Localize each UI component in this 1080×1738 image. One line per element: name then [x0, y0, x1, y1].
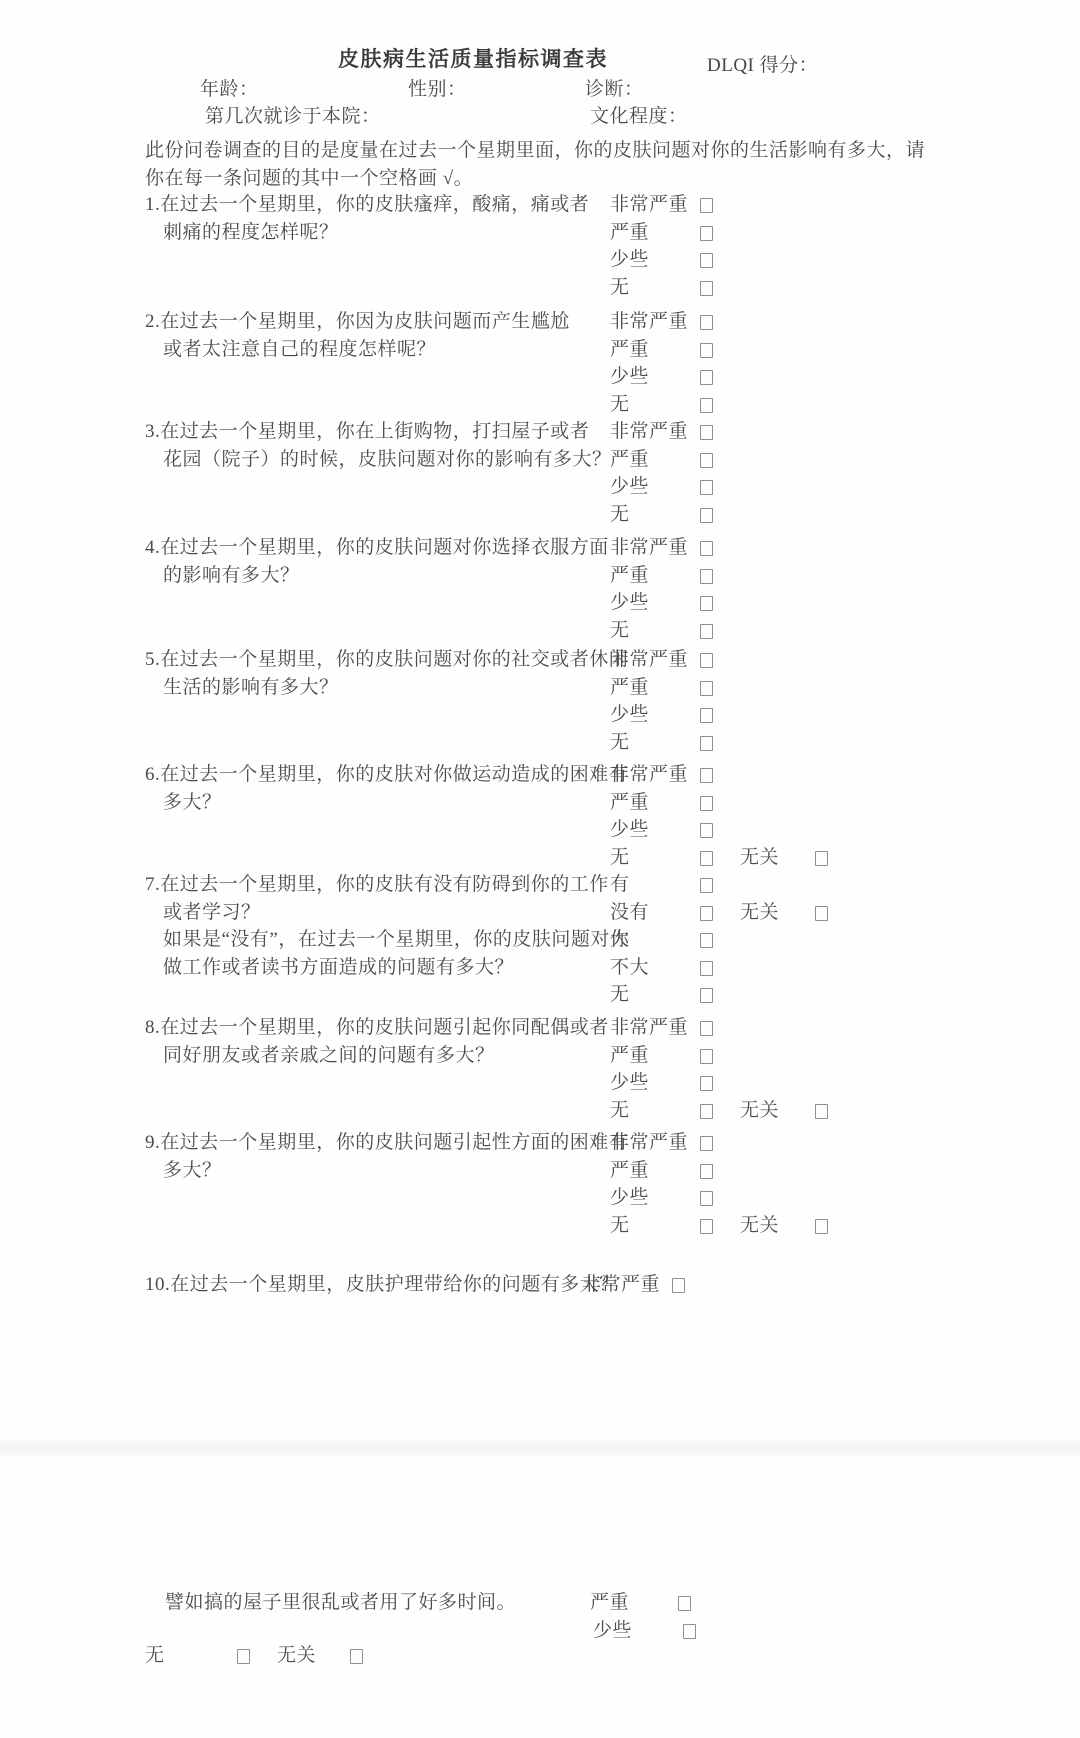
option-label: 少些: [610, 246, 649, 274]
option-row: 少些: [610, 363, 1070, 391]
option-label-irrelevant: 无关: [740, 1212, 779, 1240]
option-label: 少些: [610, 589, 649, 617]
option-checkbox[interactable]: [683, 1624, 696, 1639]
question-block: 2.在过去一个星期里，你因为皮肤问题而产生尴尬或者太注意自己的程度怎样呢？非常严…: [145, 308, 1075, 363]
option-label: 非常严重: [610, 418, 688, 446]
option-label: 非常严重: [610, 308, 688, 336]
option-row: 严重: [610, 1157, 1070, 1185]
option-checkbox[interactable]: [815, 851, 828, 866]
option-checkbox[interactable]: [700, 398, 713, 413]
option-checkbox[interactable]: [700, 569, 713, 584]
option-checkbox[interactable]: [700, 906, 713, 921]
option-row: 非常严重: [610, 534, 1070, 562]
option-label: 严重: [610, 446, 649, 474]
option-label: 无: [610, 981, 630, 1009]
option-checkbox[interactable]: [700, 988, 713, 1003]
option-label: 无: [610, 274, 630, 302]
question-block: 4.在过去一个星期里，你的皮肤问题对你选择衣服方面的影响有多大？非常严重严重少些…: [145, 534, 1075, 589]
option-checkbox[interactable]: [700, 1021, 713, 1036]
option-row: 非常严重: [610, 308, 1070, 336]
option-row: 少些: [610, 246, 1070, 274]
option-checkbox[interactable]: [700, 681, 713, 696]
option-checkbox[interactable]: [700, 1049, 713, 1064]
option-row: 无: [610, 501, 1070, 529]
option-label-irrelevant: 无关: [740, 899, 779, 927]
option-checkbox[interactable]: [672, 1278, 685, 1293]
option-row: 非常严重: [582, 1271, 1042, 1299]
option-row: 少些: [610, 701, 1070, 729]
question-block: 7.在过去一个星期里，你的皮肤有没有防碍到你的工作或者学习？如果是“没有”，在过…: [145, 871, 1075, 981]
question-options: 非常严重严重少些无: [610, 646, 1070, 756]
option-checkbox[interactable]: [700, 933, 713, 948]
option-row: 无无关: [610, 1097, 1070, 1125]
option-row: 少些: [610, 1184, 1070, 1212]
option-label: 严重: [590, 1589, 629, 1617]
option-checkbox[interactable]: [700, 596, 713, 611]
intro-line: 你在每一条问题的其中一个空格画 √。: [145, 165, 925, 193]
option-checkbox[interactable]: [700, 253, 713, 268]
page2-continuation-text: 譬如搞的屋子里很乱或者用了好多时间。: [165, 1589, 625, 1617]
option-label-irrelevant: 无关: [277, 1642, 316, 1670]
question-block: 6.在过去一个星期里，你的皮肤对你做运动造成的困难有多大？非常严重严重少些无无关: [145, 761, 1075, 816]
option-row: 严重: [610, 789, 1070, 817]
option-checkbox[interactable]: [700, 1136, 713, 1151]
option-label: 少些: [593, 1617, 632, 1645]
page2-options: 严重 少些: [590, 1589, 890, 1644]
question-block: 10.在过去一个星期里，皮肤护理带给你的问题有多大？非常严重: [145, 1271, 1075, 1299]
option-label: 非常严重: [610, 534, 688, 562]
option-row: 无: [610, 981, 1070, 1009]
question-block: 3.在过去一个星期里，你在上街购物，打扫屋子或者花园（院子）的时候，皮肤问题对你…: [145, 418, 1075, 473]
option-label: 无: [610, 729, 630, 757]
option-label: 严重: [610, 674, 649, 702]
option-checkbox[interactable]: [700, 343, 713, 358]
option-row: 无无关: [610, 844, 1070, 872]
option-label: 严重: [610, 789, 649, 817]
option-checkbox[interactable]: [700, 768, 713, 783]
option-checkbox[interactable]: [700, 624, 713, 639]
option-checkbox[interactable]: [700, 961, 713, 976]
intro-paragraph: 此份问卷调查的目的是度量在过去一个星期里面，你的皮肤问题对你的生活影响有多大，请…: [145, 137, 925, 192]
option-row: 少些: [610, 589, 1070, 617]
option-label: 少些: [610, 816, 649, 844]
option-row: 严重: [610, 1042, 1070, 1070]
age-field-label: 年龄：: [200, 76, 259, 104]
option-row: 非常严重: [610, 646, 1070, 674]
option-label: 无: [610, 391, 630, 419]
option-row: 严重: [610, 219, 1070, 247]
option-label: 少些: [610, 473, 649, 501]
question-options: 非常严重严重少些无: [610, 418, 1070, 528]
option-row: 严重: [610, 562, 1070, 590]
option-checkbox[interactable]: [700, 425, 713, 440]
option-label: 非常严重: [610, 191, 688, 219]
option-checkbox[interactable]: [700, 508, 713, 523]
option-row: 非常严重: [610, 1014, 1070, 1042]
option-label: 严重: [610, 1157, 649, 1185]
option-checkbox[interactable]: [815, 1104, 828, 1119]
gender-field-label: 性别：: [408, 76, 467, 104]
option-label: 无: [610, 501, 630, 529]
dlqi-score-label: DLQI 得分：: [707, 50, 818, 77]
option-label: 严重: [610, 336, 649, 364]
question-options: 非常严重严重少些无: [610, 191, 1070, 301]
option-checkbox[interactable]: [815, 1219, 828, 1234]
page2-bottom-row: 无 无关: [145, 1642, 605, 1670]
option-checkbox[interactable]: [700, 653, 713, 668]
page-break-band: [0, 1437, 1080, 1459]
option-row: 无: [610, 391, 1070, 419]
option-label: 少些: [610, 363, 649, 391]
question-block: 1.在过去一个星期里，你的皮肤瘙痒，酸痛，痛或者刺痛的程度怎样呢？非常严重严重少…: [145, 191, 1075, 246]
question-options: 有没有无关大不大无: [610, 871, 1070, 1009]
intro-line: 此份问卷调查的目的是度量在过去一个星期里面，你的皮肤问题对你的生活影响有多大，请: [145, 137, 925, 165]
option-label: 没有: [610, 899, 649, 927]
option-label: 非常严重: [610, 1129, 688, 1157]
option-label: 无: [610, 844, 630, 872]
option-label: 大: [610, 926, 630, 954]
option-checkbox[interactable]: [700, 315, 713, 330]
option-label: 不大: [610, 954, 649, 982]
option-row: 大: [610, 926, 1070, 954]
option-label: 严重: [610, 219, 649, 247]
option-label: 少些: [610, 1184, 649, 1212]
option-row: 少些: [610, 473, 1070, 501]
option-row: 无无关: [610, 1212, 1070, 1240]
education-field-label: 文化程度：: [590, 103, 688, 131]
option-label: 非常严重: [610, 646, 688, 674]
question-text-line: 譬如搞的屋子里很乱或者用了好多时间。: [165, 1589, 625, 1617]
option-checkbox[interactable]: [700, 453, 713, 468]
option-row: 无: [610, 274, 1070, 302]
option-checkbox[interactable]: [700, 736, 713, 751]
question-options: 非常严重严重少些无无关: [610, 1129, 1070, 1239]
option-row: 无: [610, 729, 1070, 757]
option-label: 非常严重: [610, 1014, 688, 1042]
question-options: 非常严重: [582, 1271, 1042, 1299]
option-checkbox[interactable]: [700, 878, 713, 893]
option-checkbox[interactable]: [700, 708, 713, 723]
option-label: 无: [610, 1097, 630, 1125]
option-checkbox[interactable]: [700, 796, 713, 811]
option-row: 无: [610, 617, 1070, 645]
option-checkbox[interactable]: [700, 1219, 713, 1234]
option-row: 非常严重: [610, 418, 1070, 446]
option-checkbox[interactable]: [700, 480, 713, 495]
option-checkbox[interactable]: [678, 1596, 691, 1611]
visit-count-field-label: 第几次就诊于本院：: [205, 103, 381, 131]
option-row: 严重: [610, 674, 1070, 702]
option-row: 少些: [610, 816, 1070, 844]
option-label: 少些: [610, 701, 649, 729]
option-checkbox[interactable]: [700, 541, 713, 556]
question-options: 非常严重严重少些无无关: [610, 1014, 1070, 1124]
option-row: 非常严重: [610, 191, 1070, 219]
option-label: 无: [610, 1212, 630, 1240]
option-row: 严重: [610, 446, 1070, 474]
diagnosis-field-label: 诊断：: [585, 76, 644, 104]
option-checkbox[interactable]: [700, 1104, 713, 1119]
option-label: 无: [145, 1642, 165, 1670]
option-checkbox[interactable]: [700, 370, 713, 385]
page-title: 皮肤病生活质量指标调查表: [338, 44, 608, 74]
option-checkbox[interactable]: [350, 1649, 363, 1664]
option-checkbox[interactable]: [700, 1191, 713, 1206]
option-label-irrelevant: 无关: [740, 1097, 779, 1125]
option-label: 严重: [610, 562, 649, 590]
option-label: 少些: [610, 1069, 649, 1097]
question-options: 非常严重严重少些无无关: [610, 761, 1070, 871]
option-row: 非常严重: [610, 1129, 1070, 1157]
option-checkbox[interactable]: [700, 1076, 713, 1091]
option-label: 非常严重: [610, 761, 688, 789]
question-options: 非常严重严重少些无: [610, 534, 1070, 644]
option-checkbox[interactable]: [237, 1649, 250, 1664]
option-label: 非常严重: [582, 1271, 660, 1299]
questionnaire-page: 皮肤病生活质量指标调查表 DLQI 得分： 年龄： 性别： 诊断： 第几次就诊于…: [0, 0, 1080, 1738]
option-label: 严重: [610, 1042, 649, 1070]
question-block: 8.在过去一个星期里，你的皮肤问题引起你同配偶或者同好朋友或者亲戚之间的问题有多…: [145, 1014, 1075, 1069]
option-checkbox[interactable]: [700, 198, 713, 213]
option-checkbox[interactable]: [700, 851, 713, 866]
option-checkbox[interactable]: [700, 823, 713, 838]
question-block: 9.在过去一个星期里，你的皮肤问题引起性方面的困难有多大？非常严重严重少些无无关: [145, 1129, 1075, 1184]
option-row: 没有无关: [610, 899, 1070, 927]
option-row: 少些: [610, 1069, 1070, 1097]
option-checkbox[interactable]: [700, 226, 713, 241]
question-block: 5.在过去一个星期里，你的皮肤问题对你的社交或者休闲生活的影响有多大？非常严重严…: [145, 646, 1075, 701]
option-row: 非常严重: [610, 761, 1070, 789]
option-label: 有: [610, 871, 630, 899]
question-options: 非常严重严重少些无: [610, 308, 1070, 418]
option-row: 不大: [610, 954, 1070, 982]
option-row: 有: [610, 871, 1070, 899]
option-label-irrelevant: 无关: [740, 844, 779, 872]
option-label: 无: [610, 617, 630, 645]
option-checkbox[interactable]: [700, 1164, 713, 1179]
option-checkbox[interactable]: [700, 281, 713, 296]
option-row: 严重: [610, 336, 1070, 364]
option-checkbox[interactable]: [815, 906, 828, 921]
